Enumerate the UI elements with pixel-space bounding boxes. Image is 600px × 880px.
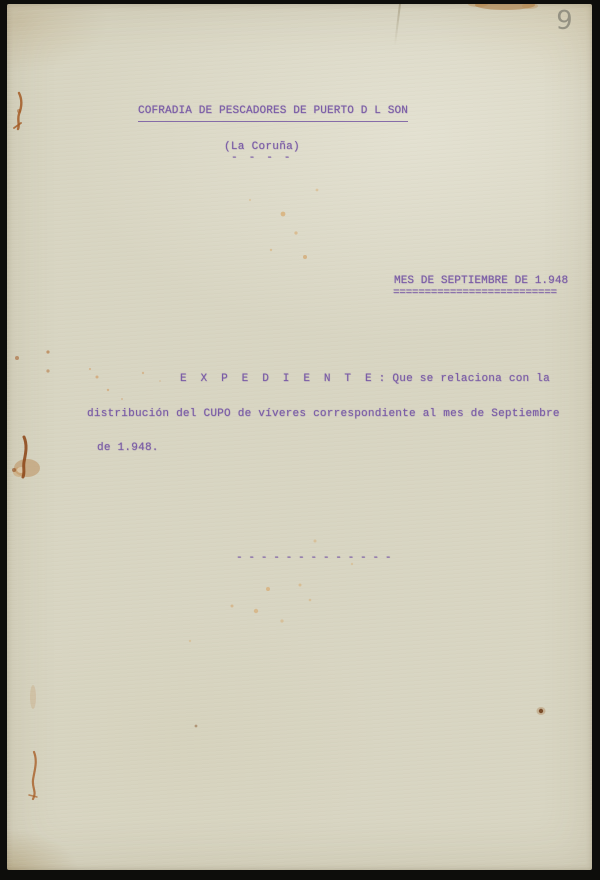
rust-stain-staple-large <box>12 437 40 477</box>
document-page: 9 COFRADIA DE PESCADORES DE PUERTO D L S… <box>7 4 592 870</box>
expediente-line-1: E X P E D I E N T E : Que se relaciona c… <box>180 372 550 387</box>
rust-stain-top-edge <box>468 4 538 10</box>
subtitle-underline-dashes: - - - - <box>231 151 293 166</box>
expediente-line-3: de 1.948. <box>97 441 159 456</box>
scan-background: { "page": { "page_number": "9", "title":… <box>0 0 600 880</box>
paper-crease <box>394 4 401 46</box>
month-heading-underline: ========================== <box>393 286 557 301</box>
rust-specks-mid-left <box>15 350 50 372</box>
expediente-line-2: distribución del CUPO de víveres corresp… <box>87 407 560 422</box>
foxing-freckles-paragraph <box>89 368 161 400</box>
foxing-freckles-upper <box>249 189 319 259</box>
rust-stain-staple-top <box>14 93 21 129</box>
stains-overlay <box>7 4 592 870</box>
separator-dashes: - - - - - - - - - - - - - <box>236 551 391 566</box>
rust-dot-right <box>195 707 546 727</box>
rust-stain-staple-bottom <box>29 685 37 799</box>
paper-texture <box>7 4 592 870</box>
page-number-pencil: 9 <box>555 6 573 37</box>
document-title: COFRADIA DE PESCADORES DE PUERTO D L SON <box>138 104 408 122</box>
